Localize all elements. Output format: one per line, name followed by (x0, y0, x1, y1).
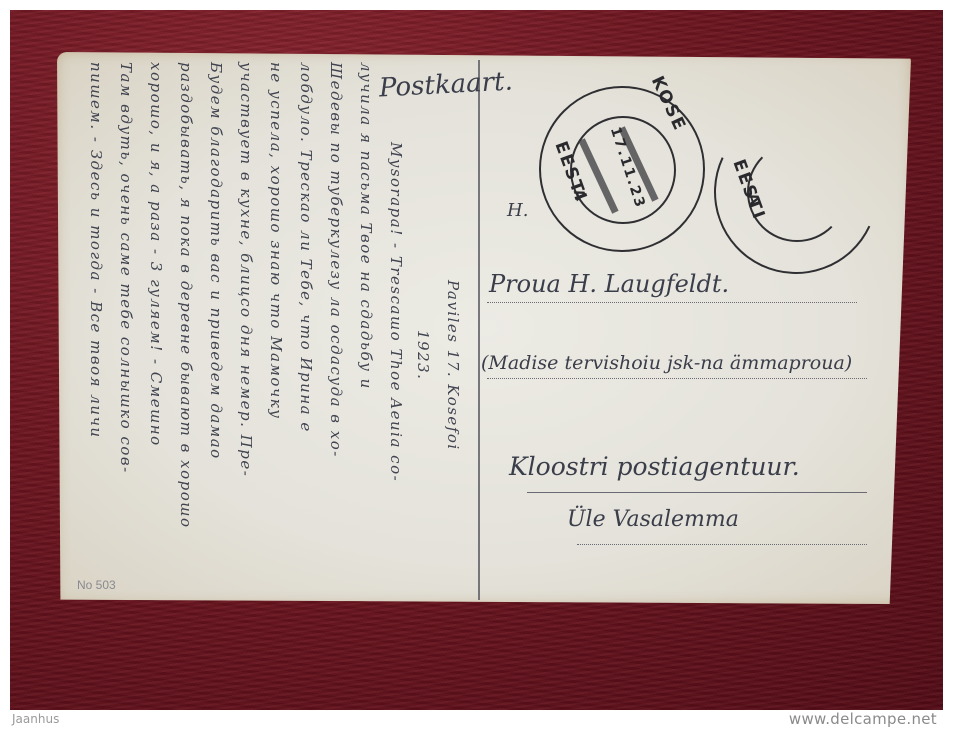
message-line-4: лобдуло. Трескао ли Тебе, что Ирина е (297, 62, 315, 433)
message-line-8: раздобывать, я пока в деревне бывают в х… (177, 62, 195, 529)
address-line-2: (Madise tervishoiu jsk-na ämmaproua) (481, 352, 852, 374)
address-dotted-line-4 (577, 544, 867, 545)
message-line-3: Шедевы по туберкулезу ла осдасуда в хо- (327, 62, 345, 458)
address-dotted-line-2 (487, 378, 867, 379)
message-year: 1923. (414, 330, 432, 380)
message-line-7: Будем благодарить вас и приведем дамао (207, 62, 225, 460)
address-line-4: Üle Vasalemma (567, 507, 739, 532)
message-place-date: Paviles 17. Kosefoi (444, 280, 462, 451)
postcard-heading: Postkaart. (378, 67, 513, 104)
message-line-1: Mysorapa! - Trescaшo Thoe Aeuia co- (387, 142, 405, 482)
address-line-3: Kloostri postiagentuur. (509, 452, 800, 481)
message-line-6: участвует в кухне, блицсо дня немер. Пре… (237, 62, 255, 477)
address-dotted-line-3 (527, 492, 867, 493)
message-line-2: лучила я пасьма Твое на сдадьбу и (357, 62, 375, 390)
site-watermark: www.delcampe.net (789, 710, 937, 728)
address-dotted-line-1 (487, 302, 857, 303)
message-line-5: не успела, хорошо знаю что Мамочку (267, 62, 285, 419)
message-line-9: хорошо, и я, а раза - 3 гуляем! - Смешно (147, 62, 165, 447)
photographer-credit: Jaanhus (12, 712, 59, 726)
postcard: Postkaart. KOSE EESTI 17.11.23 A EESTI A… (57, 52, 911, 604)
message-line-10: Там вдуть, очень саме тебе солнышко сов- (117, 62, 135, 474)
address-initials: H. (507, 200, 528, 221)
address-line-1: Proua H. Laugfeldt. (489, 270, 729, 298)
postcard-divider (478, 60, 480, 600)
message-line-11: пишем. - Здесь и тогда - Все твоя личи (87, 62, 105, 439)
card-number: No 503 (77, 578, 116, 592)
